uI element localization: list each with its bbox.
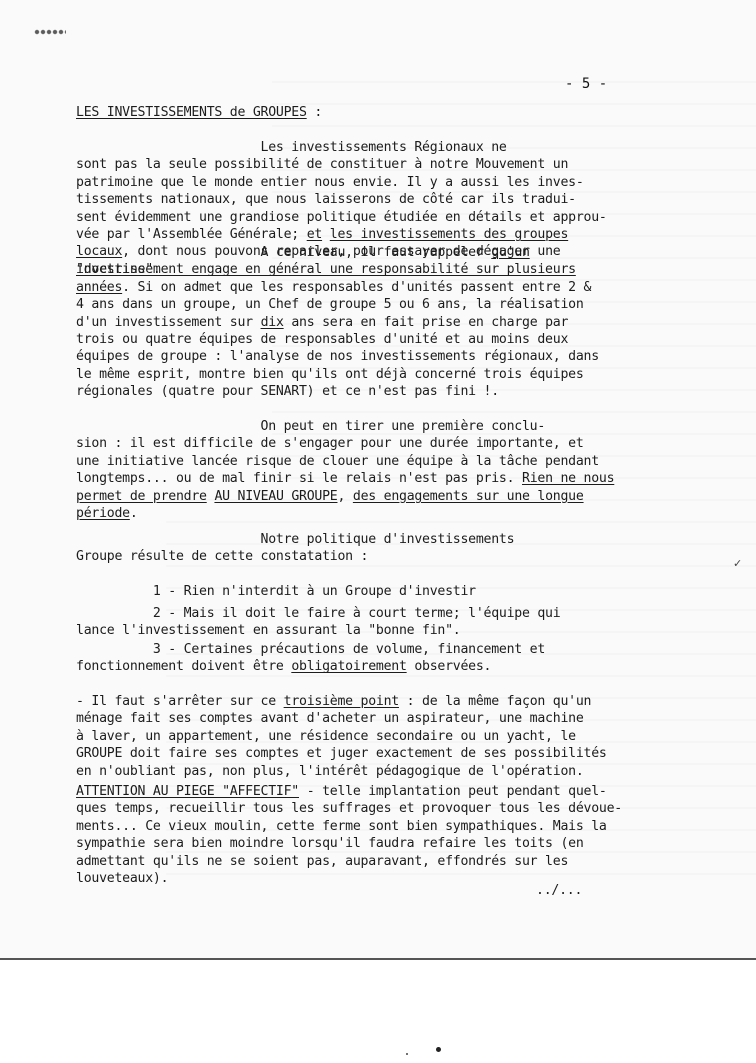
- text-segment: équipes de groupe : l'analyse de nos inv…: [76, 349, 599, 364]
- text-segment: à laver, un appartement, une résidence s…: [76, 729, 576, 744]
- underlined-text: dix: [261, 315, 284, 330]
- text-line: sent évidemment une grandiose politique …: [76, 209, 607, 226]
- text-line: en n'oubliant pas, non plus, l'intérêt p…: [76, 763, 584, 780]
- text-line: trois ou quatre équipes de responsables …: [76, 331, 568, 348]
- text-line: équipes de groupe : l'analyse de nos inv…: [76, 348, 599, 365]
- text-line: patrimoine que le monde entier nous envi…: [76, 174, 584, 191]
- underlined-text: des engagements sur une longue: [353, 489, 584, 504]
- text-segment: A ce niveau, il faut rappeler: [76, 245, 491, 260]
- text-segment: d'un investissement sur: [76, 315, 261, 330]
- text-segment: .: [130, 506, 138, 521]
- text-line: ATTENTION AU PIEGE "AFFECTIF" - telle im…: [76, 783, 607, 800]
- text-line: 1 - Rien n'interdit à un Groupe d'invest…: [76, 583, 476, 600]
- text-segment: trois ou quatre équipes de responsables …: [76, 332, 568, 347]
- text-segment: admettant qu'ils ne se soient pas, aupar…: [76, 854, 568, 869]
- text-segment: [322, 227, 330, 242]
- underlined-text: période: [76, 506, 130, 521]
- text-line: ments... Ce vieux moulin, cette ferme so…: [76, 818, 607, 835]
- text-segment: ménage fait ses comptes avant d'acheter …: [76, 711, 584, 726]
- text-segment: lance l'investissement en assurant la "b…: [76, 623, 460, 638]
- text-segment: sympathie sera bien moindre lorsqu'il fa…: [76, 836, 584, 851]
- text-segment: en n'oubliant pas, non plus, l'intérêt p…: [76, 764, 584, 779]
- text-line: - Il faut s'arrêter sur ce troisième poi…: [76, 693, 591, 710]
- page-number: - 5 -: [565, 76, 607, 92]
- text-line: permet de prendre AU NIVEAU GROUPE, des …: [76, 488, 584, 505]
- text-line: Notre politique d'investissements: [76, 531, 514, 548]
- text-segment: le même esprit, montre bien qu'ils ont d…: [76, 367, 584, 382]
- underlined-text: qu'un: [491, 245, 529, 260]
- heading-colon: :: [307, 105, 322, 120]
- text-segment: 2 - Mais il doit le faire à court terme;…: [76, 606, 560, 621]
- text-segment: une initiative lancée risque de clouer u…: [76, 454, 599, 469]
- text-segment: patrimoine que le monde entier nous envi…: [76, 175, 584, 190]
- text-line: investissement engage en général une res…: [76, 261, 576, 278]
- text-segment: tissements nationaux, que nous laisseron…: [76, 192, 576, 207]
- text-line: louveteaux).: [76, 870, 168, 887]
- underlined-text: et: [307, 227, 322, 242]
- text-segment: . Si on admet que les responsables d'uni…: [122, 280, 591, 295]
- text-line: ques temps, recueillir tous les suffrage…: [76, 800, 622, 817]
- text-line: Groupe résulte de cette constatation :: [76, 548, 368, 565]
- text-segment: sion : il est difficile de s'engager pou…: [76, 436, 584, 451]
- text-line: On peut en tirer une première conclu-: [76, 418, 545, 435]
- text-segment: fonctionnement doivent être: [76, 659, 291, 674]
- text-line: longtemps... ou de mal finir si le relai…: [76, 470, 614, 487]
- text-line: 3 - Certaines précautions de volume, fin…: [76, 641, 545, 658]
- text-line: 2 - Mais il doit le faire à court terme;…: [76, 605, 560, 622]
- underlined-text: permet de prendre: [76, 489, 207, 504]
- underlined-text: investissement engage en général une res…: [76, 262, 576, 277]
- text-line: sion : il est difficile de s'engager pou…: [76, 435, 584, 452]
- text-segment: Les investissements Régionaux ne: [76, 140, 507, 155]
- corner-mark: [34, 29, 66, 35]
- text-segment: 1 - Rien n'interdit à un Groupe d'invest…: [76, 584, 476, 599]
- underlined-text: les investissements des groupes: [330, 227, 568, 242]
- text-segment: - telle implantation peut pendant quel-: [299, 784, 607, 799]
- underlined-text: Rien ne nous: [522, 471, 614, 486]
- continuation-mark: ../...: [536, 882, 582, 899]
- text-line: le même esprit, montre bien qu'ils ont d…: [76, 366, 584, 383]
- text-segment: sont pas la seule possibilité de constit…: [76, 157, 568, 172]
- text-line: à laver, un appartement, une résidence s…: [76, 728, 576, 745]
- underlined-text: AU NIVEAU GROUPE: [214, 489, 337, 504]
- text-line: sont pas la seule possibilité de constit…: [76, 156, 568, 173]
- text-segment: observées.: [407, 659, 492, 674]
- text-segment: GROUPE doit faire ses comptes et juger e…: [76, 746, 607, 761]
- text-segment: vée par l'Assemblée Générale;: [76, 227, 307, 242]
- text-line: régionales (quatre pour SENART) et ce n'…: [76, 383, 499, 400]
- text-line: fonctionnement doivent être obligatoirem…: [76, 658, 491, 675]
- text-line: d'un investissement sur dix ans sera en …: [76, 314, 568, 331]
- text-line: vée par l'Assemblée Générale; et les inv…: [76, 226, 568, 243]
- text-segment: On peut en tirer une première conclu-: [76, 419, 545, 434]
- text-segment: ques temps, recueillir tous les suffrage…: [76, 801, 622, 816]
- underlined-text: années: [76, 280, 122, 295]
- text-segment: ans sera en fait prise en charge par: [284, 315, 569, 330]
- margin-mark: ✓: [733, 557, 742, 570]
- scanned-page: - 5 - LES INVESTISSEMENTS de GROUPES : L…: [0, 0, 756, 960]
- text-segment: 4 ans dans un groupe, un Chef de groupe …: [76, 297, 584, 312]
- text-segment: 3 - Certaines précautions de volume, fin…: [76, 642, 545, 657]
- text-segment: louveteaux).: [76, 871, 168, 886]
- text-line: GROUPE doit faire ses comptes et juger e…: [76, 745, 607, 762]
- text-line: A ce niveau, il faut rappeler qu'un: [76, 244, 530, 261]
- underlined-text: ATTENTION AU PIEGE "AFFECTIF": [76, 784, 299, 799]
- text-line: une initiative lancée risque de clouer u…: [76, 453, 599, 470]
- text-line: 4 ans dans un groupe, un Chef de groupe …: [76, 296, 584, 313]
- text-segment: sent évidemment une grandiose politique …: [76, 210, 607, 225]
- text-segment: Groupe résulte de cette constatation :: [76, 549, 368, 564]
- text-segment: ments... Ce vieux moulin, cette ferme so…: [76, 819, 607, 834]
- text-line: lance l'investissement en assurant la "b…: [76, 622, 460, 639]
- text-segment: : de la même façon qu'un: [399, 694, 591, 709]
- text-line: admettant qu'ils ne se soient pas, aupar…: [76, 853, 568, 870]
- text-line: tissements nationaux, que nous laisseron…: [76, 191, 576, 208]
- text-line: période.: [76, 505, 138, 522]
- stray-mark: [436, 1047, 441, 1052]
- text-segment: Notre politique d'investissements: [76, 532, 514, 547]
- text-line: ménage fait ses comptes avant d'acheter …: [76, 710, 584, 727]
- text-segment: longtemps... ou de mal finir si le relai…: [76, 471, 522, 486]
- heading-text: LES INVESTISSEMENTS de GROUPES: [76, 105, 307, 120]
- text-line: Les investissements Régionaux ne: [76, 139, 507, 156]
- text-segment: - Il faut s'arrêter sur ce: [76, 694, 284, 709]
- underlined-text: troisième point: [284, 694, 399, 709]
- underlined-text: obligatoirement: [291, 659, 406, 674]
- section-heading: LES INVESTISSEMENTS de GROUPES :: [76, 104, 322, 121]
- text-segment: régionales (quatre pour SENART) et ce n'…: [76, 384, 499, 399]
- text-line: sympathie sera bien moindre lorsqu'il fa…: [76, 835, 584, 852]
- text-segment: ,: [337, 489, 352, 504]
- stray-mark: [406, 1053, 408, 1055]
- text-line: années. Si on admet que les responsables…: [76, 279, 591, 296]
